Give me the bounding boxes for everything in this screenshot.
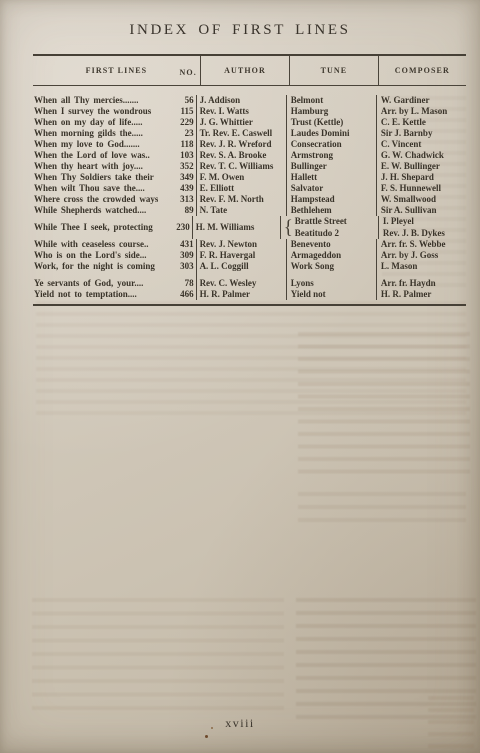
- table-row: When on my day of life..... 229 J. G. Wh…: [33, 117, 466, 128]
- first-line: When my love to God.......: [33, 139, 140, 150]
- composer: C. Vincent: [376, 139, 466, 150]
- hymn-number: 349: [180, 172, 196, 183]
- table-row: When the Lord of love was.. 103 Rev. S. …: [33, 150, 466, 161]
- author: N. Tate: [196, 205, 286, 216]
- tune: Belmont: [286, 95, 376, 106]
- first-line: Where cross the crowded ways: [33, 194, 158, 205]
- hymn-number: 23: [185, 128, 196, 139]
- hymn-number: 103: [180, 150, 196, 161]
- composer: Sir A. Sullivan: [376, 205, 466, 216]
- tune: Work Song: [286, 261, 376, 272]
- author: Rev. F. M. North: [196, 194, 286, 205]
- author: A. L. Coggill: [196, 261, 286, 272]
- hymn-number: 439: [180, 183, 196, 194]
- hymn-number: 466: [180, 289, 196, 300]
- author: Tr. Rev. E. Caswell: [196, 128, 286, 139]
- table-row: Ye servants of God, your.... 78 Rev. C. …: [33, 278, 466, 289]
- page-title: INDEX OF FIRST LINES: [0, 22, 480, 39]
- scanned-page: INDEX OF FIRST LINES FIRST LINES NO. AUT…: [0, 0, 480, 753]
- hymn-number: 230: [176, 222, 192, 233]
- table-row: While Thee I seek, protecting 230 H. M. …: [33, 216, 466, 239]
- first-line: When morning gilds the.....: [33, 128, 143, 139]
- tune: Hamburg: [286, 106, 376, 117]
- author: H. M. Williams: [192, 216, 280, 239]
- column-header-tune: TUNE: [289, 56, 377, 86]
- show-through-text: [32, 598, 284, 718]
- table-row: Work, for the night is coming 303 A. L. …: [33, 261, 466, 272]
- author: Rev. J. Newton: [196, 239, 286, 250]
- author: Rev. C. Wesley: [196, 278, 286, 289]
- hymn-number: 431: [180, 239, 196, 250]
- composer: J. H. Shepard: [376, 172, 466, 183]
- author: E. Elliott: [196, 183, 286, 194]
- first-line: While with ceaseless course..: [33, 239, 149, 250]
- hymn-number: 89: [185, 205, 196, 216]
- tune: Hallett: [286, 172, 376, 183]
- table-row: When wilt Thou save the.... 439 E. Ellio…: [33, 183, 466, 194]
- composer: I. Pleyel: [383, 216, 466, 228]
- composer: Arr. by J. Goss: [376, 250, 466, 261]
- table-row: When my love to God....... 118 Rev. J. R…: [33, 139, 466, 150]
- composer: H. R. Palmer: [376, 289, 466, 300]
- composer: C. E. Kettle: [376, 117, 466, 128]
- show-through-text: [298, 492, 466, 522]
- author: Rev. J. R. Wreford: [196, 139, 286, 150]
- first-line: When all Thy mercies.......: [33, 95, 138, 106]
- table-row: While with ceaseless course.. 431 Rev. J…: [33, 239, 466, 250]
- hymn-number: 313: [180, 194, 196, 205]
- composer: F. S. Hunnewell: [376, 183, 466, 194]
- show-through-text: [298, 332, 470, 480]
- hymn-number: 118: [181, 139, 196, 150]
- first-line: When the Lord of love was..: [33, 150, 150, 161]
- tune: Yield not: [286, 289, 376, 300]
- first-line: Ye servants of God, your....: [33, 278, 143, 289]
- first-line: When I survey the wondrous: [33, 106, 151, 117]
- table-row: Who is on the Lord's side... 309 F. R. H…: [33, 250, 466, 261]
- first-line: When thy heart with joy....: [33, 161, 143, 172]
- author: H. R. Palmer: [196, 289, 286, 300]
- first-line: When on my day of life.....: [33, 117, 143, 128]
- tune: Trust (Kettle): [286, 117, 376, 128]
- tune: Benevento: [286, 239, 376, 250]
- tune: Laudes Domini: [286, 128, 376, 139]
- author: J. G. Whittier: [196, 117, 286, 128]
- first-line: While Thee I seek, protecting: [33, 222, 153, 233]
- author: Rev. S. A. Brooke: [196, 150, 286, 161]
- tune: Bullinger: [286, 161, 376, 172]
- author: F. M. Owen: [196, 172, 286, 183]
- first-line: Yield not to temptation....: [33, 289, 137, 300]
- tune: Armageddon: [286, 250, 376, 261]
- brace-glyph: {: [284, 216, 293, 238]
- table-row: When Thy Soldiers take their 349 F. M. O…: [33, 172, 466, 183]
- composer: Arr. fr. Haydn: [376, 278, 466, 289]
- column-header-author: AUTHOR: [200, 56, 289, 86]
- table-row: When thy heart with joy.... 352 Rev. T. …: [33, 161, 466, 172]
- index-of-first-lines-table: FIRST LINES NO. AUTHOR TUNE COMPOSER Whe…: [33, 54, 466, 306]
- first-line: Who is on the Lord's side...: [33, 250, 147, 261]
- table-row: When I survey the wondrous 115 Rev. I. W…: [33, 106, 466, 117]
- table-row: While Shepherds watched.... 89 N. Tate B…: [33, 205, 466, 216]
- show-through-text: [36, 301, 466, 417]
- column-header-first-lines: FIRST LINES NO.: [33, 56, 200, 86]
- author: Rev. T. C. Williams: [196, 161, 286, 172]
- hymn-number: 78: [185, 278, 196, 289]
- table-body: When all Thy mercies....... 56 J. Addiso…: [33, 86, 466, 304]
- first-line: While Shepherds watched....: [33, 205, 146, 216]
- table-row: When all Thy mercies....... 56 J. Addiso…: [33, 95, 466, 106]
- composer: E. W. Bullinger: [376, 161, 466, 172]
- hymn-number: 309: [180, 250, 196, 261]
- hymn-number: 115: [181, 106, 196, 117]
- first-line: Work, for the night is coming: [33, 261, 155, 272]
- hymn-number: 56: [185, 95, 196, 106]
- composer: G. W. Chadwick: [376, 150, 466, 161]
- first-line: When Thy Soldiers take their: [33, 172, 154, 183]
- composer: L. Mason: [376, 261, 466, 272]
- column-header-composer: COMPOSER: [378, 56, 466, 86]
- ink-speck: [205, 735, 208, 738]
- hymn-number: 352: [180, 161, 196, 172]
- composer: Rev. J. B. Dykes: [383, 228, 466, 240]
- author: Rev. I. Watts: [196, 106, 286, 117]
- hymn-number: 229: [180, 117, 196, 128]
- author: F. R. Havergal: [196, 250, 286, 261]
- author: J. Addison: [196, 95, 286, 106]
- composer: W. Smallwood: [376, 194, 466, 205]
- tune: Consecration: [286, 139, 376, 150]
- tune: Salvator: [286, 183, 376, 194]
- show-through-text: [296, 598, 476, 720]
- tune: Armstrong: [286, 150, 376, 161]
- table-row: Where cross the crowded ways 313 Rev. F.…: [33, 194, 466, 205]
- tune: Lyons: [286, 278, 376, 289]
- tune: Brattle Street: [295, 216, 378, 228]
- table-header-row: FIRST LINES NO. AUTHOR TUNE COMPOSER: [33, 56, 466, 86]
- composer: Sir J. Barnby: [376, 128, 466, 139]
- tune: Beatitudo 2: [295, 228, 378, 240]
- composer: W. Gardiner: [376, 95, 466, 106]
- header-no-label: NO.: [180, 67, 197, 78]
- header-first-lines-label: FIRST LINES: [86, 65, 148, 76]
- first-line: When wilt Thou save the....: [33, 183, 145, 194]
- tune: Bethlehem: [286, 205, 376, 216]
- table-row: Yield not to temptation.... 466 H. R. Pa…: [33, 289, 466, 300]
- page-number: xviii: [0, 716, 480, 731]
- table-row: When morning gilds the..... 23 Tr. Rev. …: [33, 128, 466, 139]
- tune: Hampstead: [286, 194, 376, 205]
- hymn-number: 303: [180, 261, 196, 272]
- composer: Arr. by L. Mason: [376, 106, 466, 117]
- composer: Arr. fr. S. Webbe: [376, 239, 466, 250]
